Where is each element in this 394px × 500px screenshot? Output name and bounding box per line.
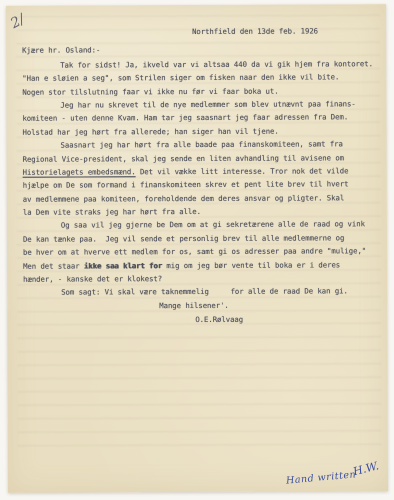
letter-text-segment: hænder, - kanske det er klokest? [23,274,162,284]
letter-line: Northfield den 13de feb. 1926 [192,24,376,38]
letter-text-segment: Mange hilsener'. [159,301,229,310]
letter-line: "Han e sløien a seg", som Strilen siger … [22,70,376,85]
handwritten-note: Hand written [286,469,357,486]
letter-line: O.E.Rølvaag [195,312,377,326]
letter-text-segment: Som sagt: Vi skal være taknemmelig for a… [61,287,348,297]
letter-text-segment: Jeg har nu skrevet til de nye medlemmer … [60,99,355,109]
letter-line: av medlemmene paa komiteen, foreholdende… [23,191,377,206]
letter-line: Saasnart jeg har hørt fra alle baade paa… [23,137,377,152]
letter-line: hjælpe om De som formand i finanskomitee… [23,178,377,193]
letter-line: Regional Vice-president, skal jeg sende … [23,151,377,166]
letter-text-segment: Og saa vil jeg gjerne be Dem om at gi se… [61,220,365,230]
letter-lines: Northfield den 13de feb. 1926Kjære hr. O… [22,24,377,327]
letter-line: Mange hilsener'. [159,298,377,312]
letter-text-segment: Nogen stor tilslutning faar vi ikke nu f… [22,86,278,96]
letter-page: 2/ Northfield den 13de feb. 1926Kjære hr… [6,4,388,493]
underlined-phrase: Historielagets embedsmænd. [23,167,136,176]
letter-text-segment: av medlemmene paa komiteen, foreholdende… [23,193,344,203]
letter-text-segment: hjælpe om De som formand i finanskomitee… [23,180,349,190]
letter-text-segment: Tak for sidst! Ja, ikveld var vi altsaa … [60,59,373,69]
letter-line: Men det staar ikke saa klart for mig om … [23,258,377,273]
letter-text-segment: Saasnart jeg har hørt fra alle baade paa… [61,139,343,149]
letter-text-segment: komiteen - uten denne Kvam. Ham tar jeg … [22,113,348,123]
letter-line: Som sagt: Vi skal være taknemmelig for a… [23,285,377,300]
letter-text-segment: Kjære hr. Osland:- [22,46,100,55]
letter-text-segment: Regional Vice-president, skal jeg sende … [23,153,344,163]
letter-text-segment: "Han e sløien a seg", som Strilen siger … [22,73,339,83]
letter-text-segment: O.E.Rølvaag [195,315,243,324]
letter-text-segment: Men det staar [23,261,84,270]
letter-text-segment: Holstad har jeg hørt fra allerede; han s… [22,126,278,136]
letter-text-segment: mig om jeg bør vente til boka er i deres [162,260,340,270]
letter-text-segment: ikke saa klart for [84,261,162,270]
letter-line: komiteen - uten denne Kvam. Ham tar jeg … [22,111,376,126]
letter-line: be hver om at hverve ett medlem for os, … [23,244,377,259]
archivist-initials: H.W. [352,459,380,478]
letter-line: Kjære hr. Osland:- [22,43,376,58]
letter-text-segment: Northfield den 13de feb. 1926 [192,26,318,36]
letter-text-segment: be hver om at hverve ett medlem for os, … [23,247,366,257]
letter-text-segment: Det vil vække litt interesse. Tror nok d… [136,166,349,176]
letter-text-segment: De kan tænke paa. Jeg vil sende et perso… [23,233,344,243]
letter-line: Og saa vil jeg gjerne be Dem om at gi se… [23,218,377,233]
letter-text-segment: la Dem vite straks jeg har hørt fra alle… [23,207,201,217]
